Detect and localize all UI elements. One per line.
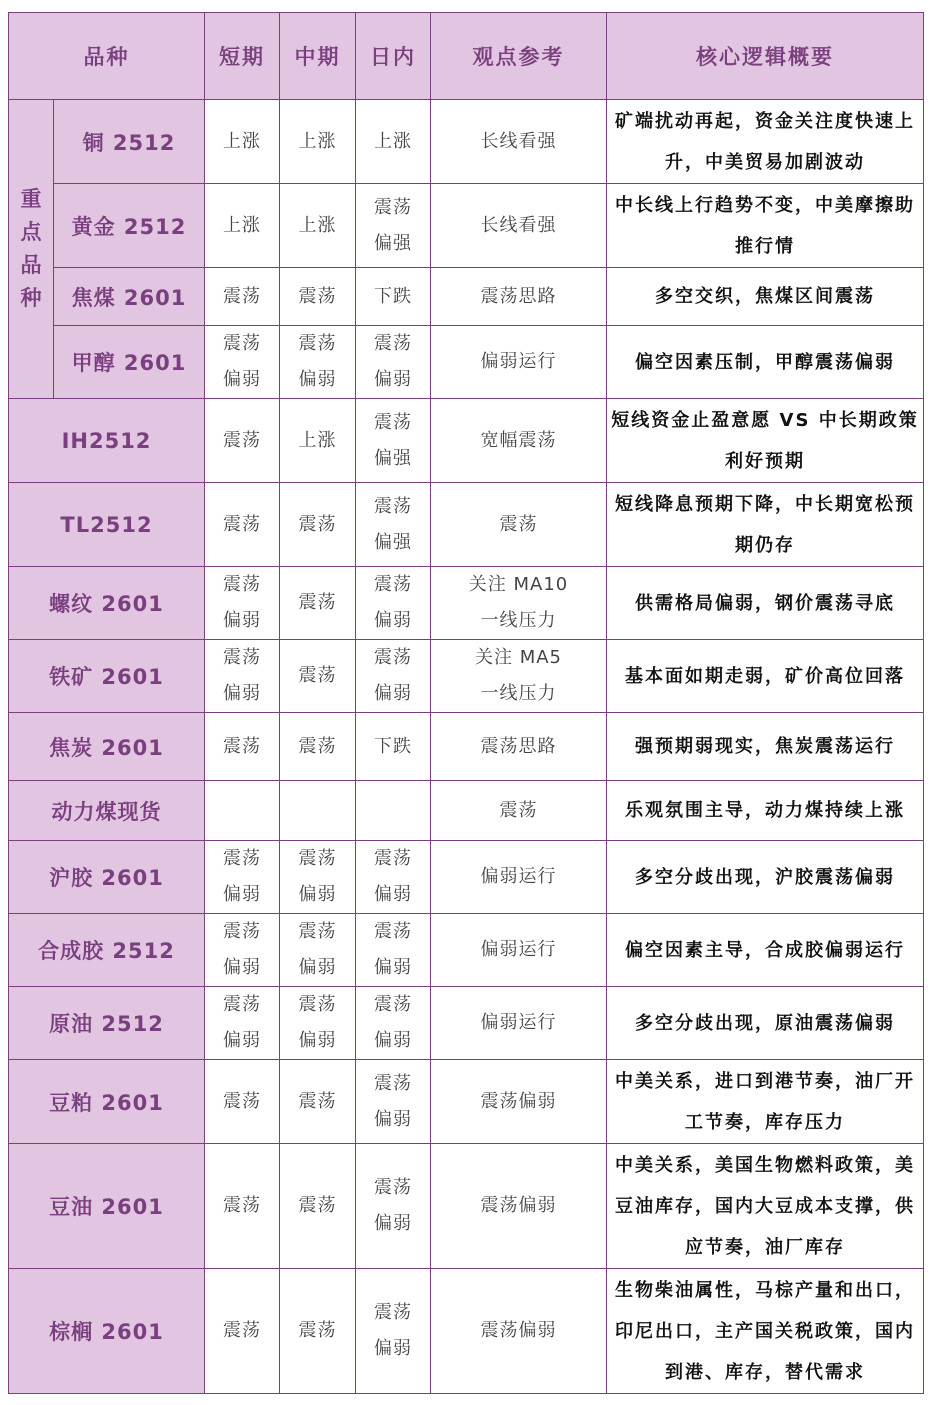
group-label-char: 品 [9, 249, 53, 282]
mid-term-cell [280, 781, 356, 841]
intraday-text: 偏弱 [356, 950, 430, 986]
short-term-cell: 震荡偏弱 [205, 841, 280, 914]
mid-term-cell: 震荡 [280, 1060, 356, 1144]
intraday-text: 震荡 [356, 640, 430, 676]
table-row: TL2512震荡震荡震荡偏强震荡短线降息预期下降，中长期宽松预期仍存 [9, 483, 924, 567]
intraday-cell: 震荡偏弱 [356, 326, 431, 399]
variety-name: 黄金 2512 [54, 184, 205, 268]
variety-name: 动力煤现货 [9, 781, 205, 841]
intraday-cell: 震荡偏弱 [356, 567, 431, 640]
intraday-text: 震荡 [356, 326, 430, 362]
short-term-text: 震荡 [205, 567, 279, 603]
table-row: 甲醇 2601震荡偏弱震荡偏弱震荡偏弱偏弱运行偏空因素压制，甲醇震荡偏弱 [9, 326, 924, 399]
mid-term-cell: 震荡 [280, 1144, 356, 1269]
intraday-cell: 震荡偏弱 [356, 1144, 431, 1269]
view-text: 宽幅震荡 [431, 423, 606, 459]
table-row: 黄金 2512上涨上涨震荡偏强长线看强中长线上行趋势不变，中美摩擦助推行情 [9, 184, 924, 268]
short-term-cell: 震荡偏弱 [205, 640, 280, 713]
view-cell: 震荡思路 [431, 713, 607, 781]
view-cell: 偏弱运行 [431, 914, 607, 987]
intraday-cell: 震荡偏弱 [356, 640, 431, 713]
short-term-cell: 震荡偏弱 [205, 567, 280, 640]
mid-term-text: 偏弱 [280, 362, 355, 398]
intraday-text: 震荡 [356, 914, 430, 950]
short-term-text: 偏弱 [205, 603, 279, 639]
group-label-char: 点 [9, 216, 53, 249]
intraday-text: 偏弱 [356, 362, 430, 398]
intraday-text: 震荡 [356, 1295, 430, 1331]
header-variety: 品种 [9, 13, 205, 100]
view-text: 长线看强 [431, 124, 606, 160]
mid-term-text: 震荡 [280, 987, 355, 1023]
view-text: 一线压力 [431, 603, 606, 639]
mid-term-cell: 震荡 [280, 1269, 356, 1394]
intraday-text: 偏强 [356, 441, 430, 477]
view-cell: 震荡偏弱 [431, 1269, 607, 1394]
short-term-cell: 震荡 [205, 1269, 280, 1394]
intraday-text: 震荡 [356, 1066, 430, 1102]
view-cell: 宽幅震荡 [431, 399, 607, 483]
view-text: 震荡偏弱 [431, 1313, 606, 1349]
intraday-text: 震荡 [356, 567, 430, 603]
table-row: 螺纹 2601震荡偏弱震荡震荡偏弱关注 MA10一线压力供需格局偏弱，钢价震荡寻… [9, 567, 924, 640]
variety-name: 沪胶 2601 [9, 841, 205, 914]
mid-term-text: 上涨 [280, 208, 355, 244]
intraday-text: 偏弱 [356, 1102, 430, 1138]
mid-term-cell: 震荡 [280, 567, 356, 640]
header-view: 观点参考 [431, 13, 607, 100]
intraday-cell: 震荡偏弱 [356, 914, 431, 987]
variety-name: 合成胶 2512 [9, 914, 205, 987]
intraday-cell: 震荡偏弱 [356, 987, 431, 1060]
logic-summary: 供需格局偏弱，钢价震荡寻底 [607, 567, 924, 640]
mid-term-cell: 震荡 [280, 640, 356, 713]
mid-term-text: 震荡 [280, 507, 355, 543]
table-row: 重点品种铜 2512上涨上涨上涨长线看强矿端扰动再起，资金关注度快速上升，中美贸… [9, 100, 924, 184]
short-term-text: 偏弱 [205, 362, 279, 398]
view-text: 偏弱运行 [431, 344, 606, 380]
logic-summary: 强预期弱现实，焦炭震荡运行 [607, 713, 924, 781]
intraday-cell: 震荡偏强 [356, 184, 431, 268]
short-term-text: 震荡 [205, 914, 279, 950]
short-term-text: 偏弱 [205, 950, 279, 986]
variety-name: 铁矿 2601 [9, 640, 205, 713]
table-row: 合成胶 2512震荡偏弱震荡偏弱震荡偏弱偏弱运行偏空因素主导，合成胶偏弱运行 [9, 914, 924, 987]
short-term-cell: 震荡偏弱 [205, 914, 280, 987]
short-term-text: 上涨 [205, 208, 279, 244]
table-row: 豆粕 2601震荡震荡震荡偏弱震荡偏弱中美关系，进口到港节奏，油厂开工节奏，库存… [9, 1060, 924, 1144]
mid-term-text: 震荡 [280, 1188, 355, 1224]
view-cell: 关注 MA5一线压力 [431, 640, 607, 713]
table-row: 原油 2512震荡偏弱震荡偏弱震荡偏弱偏弱运行多空分歧出现，原油震荡偏弱 [9, 987, 924, 1060]
view-cell: 震荡 [431, 781, 607, 841]
logic-summary: 短线降息预期下降，中长期宽松预期仍存 [607, 483, 924, 567]
header-intraday: 日内 [356, 13, 431, 100]
variety-name: 棕榈 2601 [9, 1269, 205, 1394]
view-text: 长线看强 [431, 208, 606, 244]
mid-term-text: 震荡 [280, 1313, 355, 1349]
intraday-cell: 震荡偏弱 [356, 1060, 431, 1144]
view-text: 偏弱运行 [431, 1005, 606, 1041]
logic-summary: 多空分歧出现，沪胶震荡偏弱 [607, 841, 924, 914]
view-text: 震荡思路 [431, 729, 606, 765]
mid-term-text: 震荡 [280, 658, 355, 694]
view-text: 一线压力 [431, 676, 606, 712]
short-term-text: 上涨 [205, 124, 279, 160]
mid-term-text: 震荡 [280, 326, 355, 362]
variety-name: 焦煤 2601 [54, 268, 205, 326]
short-term-cell: 震荡 [205, 1060, 280, 1144]
header-logic: 核心逻辑概要 [607, 13, 924, 100]
view-cell: 震荡思路 [431, 268, 607, 326]
view-cell: 震荡 [431, 483, 607, 567]
mid-term-text: 震荡 [280, 729, 355, 765]
mid-term-text: 偏弱 [280, 1023, 355, 1059]
intraday-text: 下跌 [356, 729, 430, 765]
short-term-text: 震荡 [205, 987, 279, 1023]
variety-name: 甲醇 2601 [54, 326, 205, 399]
mid-term-text: 震荡 [280, 279, 355, 315]
mid-term-cell: 上涨 [280, 100, 356, 184]
table-row: 沪胶 2601震荡偏弱震荡偏弱震荡偏弱偏弱运行多空分歧出现，沪胶震荡偏弱 [9, 841, 924, 914]
mid-term-cell: 震荡偏弱 [280, 914, 356, 987]
view-text: 关注 MA10 [431, 567, 606, 603]
intraday-text: 上涨 [356, 124, 430, 160]
view-cell: 震荡偏弱 [431, 1060, 607, 1144]
intraday-text: 震荡 [356, 841, 430, 877]
short-term-text: 震荡 [205, 423, 279, 459]
short-term-text: 偏弱 [205, 676, 279, 712]
short-term-text: 震荡 [205, 1084, 279, 1120]
mid-term-cell: 震荡 [280, 713, 356, 781]
intraday-cell: 下跌 [356, 713, 431, 781]
mid-term-cell: 震荡偏弱 [280, 987, 356, 1060]
group-label-cell: 重点品种 [9, 100, 54, 399]
intraday-cell: 下跌 [356, 268, 431, 326]
variety-name: 原油 2512 [9, 987, 205, 1060]
view-cell: 关注 MA10一线压力 [431, 567, 607, 640]
mid-term-cell: 震荡 [280, 483, 356, 567]
mid-term-text: 震荡 [280, 1084, 355, 1120]
mid-term-cell: 震荡偏弱 [280, 841, 356, 914]
intraday-text: 下跌 [356, 279, 430, 315]
intraday-text: 偏强 [356, 226, 430, 262]
mid-term-cell: 震荡 [280, 268, 356, 326]
intraday-text: 偏强 [356, 525, 430, 561]
intraday-text: 偏弱 [356, 603, 430, 639]
view-text: 关注 MA5 [431, 640, 606, 676]
short-term-text: 震荡 [205, 640, 279, 676]
logic-summary: 短线资金止盈意愿 VS 中长期政策利好预期 [607, 399, 924, 483]
short-term-cell: 震荡偏弱 [205, 326, 280, 399]
view-text: 偏弱运行 [431, 932, 606, 968]
short-term-text: 震荡 [205, 729, 279, 765]
intraday-text: 偏弱 [356, 877, 430, 913]
table-row: 焦煤 2601震荡震荡下跌震荡思路多空交织，焦煤区间震荡 [9, 268, 924, 326]
view-cell: 偏弱运行 [431, 987, 607, 1060]
view-cell: 长线看强 [431, 184, 607, 268]
intraday-text: 偏弱 [356, 1023, 430, 1059]
logic-summary: 偏空因素主导，合成胶偏弱运行 [607, 914, 924, 987]
short-term-cell: 震荡 [205, 713, 280, 781]
mid-term-text: 震荡 [280, 914, 355, 950]
mid-term-cell: 上涨 [280, 184, 356, 268]
short-term-text: 震荡 [205, 1188, 279, 1224]
intraday-text: 偏弱 [356, 1331, 430, 1367]
short-term-text: 偏弱 [205, 1023, 279, 1059]
mid-term-cell: 上涨 [280, 399, 356, 483]
short-term-cell: 震荡 [205, 1144, 280, 1269]
variety-name: IH2512 [9, 399, 205, 483]
short-term-text: 震荡 [205, 1313, 279, 1349]
variety-name: 豆粕 2601 [9, 1060, 205, 1144]
logic-summary: 生物柴油属性，马棕产量和出口，印尼出口，主产国关税政策，国内到港、库存，替代需求 [607, 1269, 924, 1394]
variety-name: 豆油 2601 [9, 1144, 205, 1269]
header-short-term: 短期 [205, 13, 280, 100]
variety-name: 焦炭 2601 [9, 713, 205, 781]
table-row: 棕榈 2601震荡震荡震荡偏弱震荡偏弱生物柴油属性，马棕产量和出口，印尼出口，主… [9, 1269, 924, 1394]
mid-term-text: 偏弱 [280, 877, 355, 913]
table-row: 铁矿 2601震荡偏弱震荡震荡偏弱关注 MA5一线压力基本面如期走弱，矿价高位回… [9, 640, 924, 713]
view-cell: 偏弱运行 [431, 841, 607, 914]
table-row: IH2512震荡上涨震荡偏强宽幅震荡短线资金止盈意愿 VS 中长期政策利好预期 [9, 399, 924, 483]
intraday-cell: 震荡偏强 [356, 399, 431, 483]
intraday-text: 偏弱 [356, 676, 430, 712]
view-text: 震荡偏弱 [431, 1084, 606, 1120]
table-row: 焦炭 2601震荡震荡下跌震荡思路强预期弱现实，焦炭震荡运行 [9, 713, 924, 781]
view-text: 偏弱运行 [431, 859, 606, 895]
mid-term-text: 偏弱 [280, 950, 355, 986]
intraday-cell: 震荡偏弱 [356, 1269, 431, 1394]
short-term-cell [205, 781, 280, 841]
intraday-text: 偏弱 [356, 1206, 430, 1242]
short-term-cell: 上涨 [205, 184, 280, 268]
intraday-text: 震荡 [356, 489, 430, 525]
short-term-cell: 震荡 [205, 483, 280, 567]
mid-term-text: 震荡 [280, 585, 355, 621]
short-term-cell: 震荡 [205, 268, 280, 326]
short-term-text: 震荡 [205, 279, 279, 315]
logic-summary: 偏空因素压制，甲醇震荡偏弱 [607, 326, 924, 399]
group-label-char: 种 [9, 282, 53, 315]
intraday-text: 震荡 [356, 987, 430, 1023]
intraday-text: 震荡 [356, 405, 430, 441]
logic-summary: 中长线上行趋势不变，中美摩擦助推行情 [607, 184, 924, 268]
variety-name: TL2512 [9, 483, 205, 567]
intraday-cell: 上涨 [356, 100, 431, 184]
short-term-text: 震荡 [205, 326, 279, 362]
header-row: 品种 短期 中期 日内 观点参考 核心逻辑概要 [9, 13, 924, 100]
logic-summary: 多空交织，焦煤区间震荡 [607, 268, 924, 326]
view-text: 震荡偏弱 [431, 1188, 606, 1224]
intraday-cell: 震荡偏弱 [356, 841, 431, 914]
intraday-text: 震荡 [356, 1170, 430, 1206]
logic-summary: 乐观氛围主导，动力煤持续上涨 [607, 781, 924, 841]
mid-term-text: 上涨 [280, 124, 355, 160]
short-term-text: 震荡 [205, 841, 279, 877]
logic-summary: 中美关系，进口到港节奏，油厂开工节奏，库存压力 [607, 1060, 924, 1144]
short-term-text: 偏弱 [205, 877, 279, 913]
mid-term-text: 上涨 [280, 423, 355, 459]
logic-summary: 多空分歧出现，原油震荡偏弱 [607, 987, 924, 1060]
variety-name: 铜 2512 [54, 100, 205, 184]
intraday-cell: 震荡偏强 [356, 483, 431, 567]
table-row: 动力煤现货震荡乐观氛围主导，动力煤持续上涨 [9, 781, 924, 841]
short-term-cell: 震荡 [205, 399, 280, 483]
header-mid-term: 中期 [280, 13, 356, 100]
variety-name: 螺纹 2601 [9, 567, 205, 640]
logic-summary: 基本面如期走弱，矿价高位回落 [607, 640, 924, 713]
group-label-char: 重 [9, 183, 53, 216]
view-text: 震荡 [431, 793, 606, 829]
view-text: 震荡思路 [431, 279, 606, 315]
logic-summary: 中美关系，美国生物燃料政策，美豆油库存，国内大豆成本支撑，供应节奏，油厂库存 [607, 1144, 924, 1269]
view-text: 震荡 [431, 507, 606, 543]
mid-term-text: 震荡 [280, 841, 355, 877]
logic-summary: 矿端扰动再起，资金关注度快速上升，中美贸易加剧波动 [607, 100, 924, 184]
short-term-cell: 震荡偏弱 [205, 987, 280, 1060]
view-cell: 偏弱运行 [431, 326, 607, 399]
intraday-cell [356, 781, 431, 841]
futures-outlook-table: 品种 短期 中期 日内 观点参考 核心逻辑概要 重点品种铜 2512上涨上涨上涨… [8, 12, 924, 1394]
table-row: 豆油 2601震荡震荡震荡偏弱震荡偏弱中美关系，美国生物燃料政策，美豆油库存，国… [9, 1144, 924, 1269]
view-cell: 长线看强 [431, 100, 607, 184]
short-term-cell: 上涨 [205, 100, 280, 184]
view-cell: 震荡偏弱 [431, 1144, 607, 1269]
intraday-text: 震荡 [356, 190, 430, 226]
short-term-text: 震荡 [205, 507, 279, 543]
mid-term-cell: 震荡偏弱 [280, 326, 356, 399]
